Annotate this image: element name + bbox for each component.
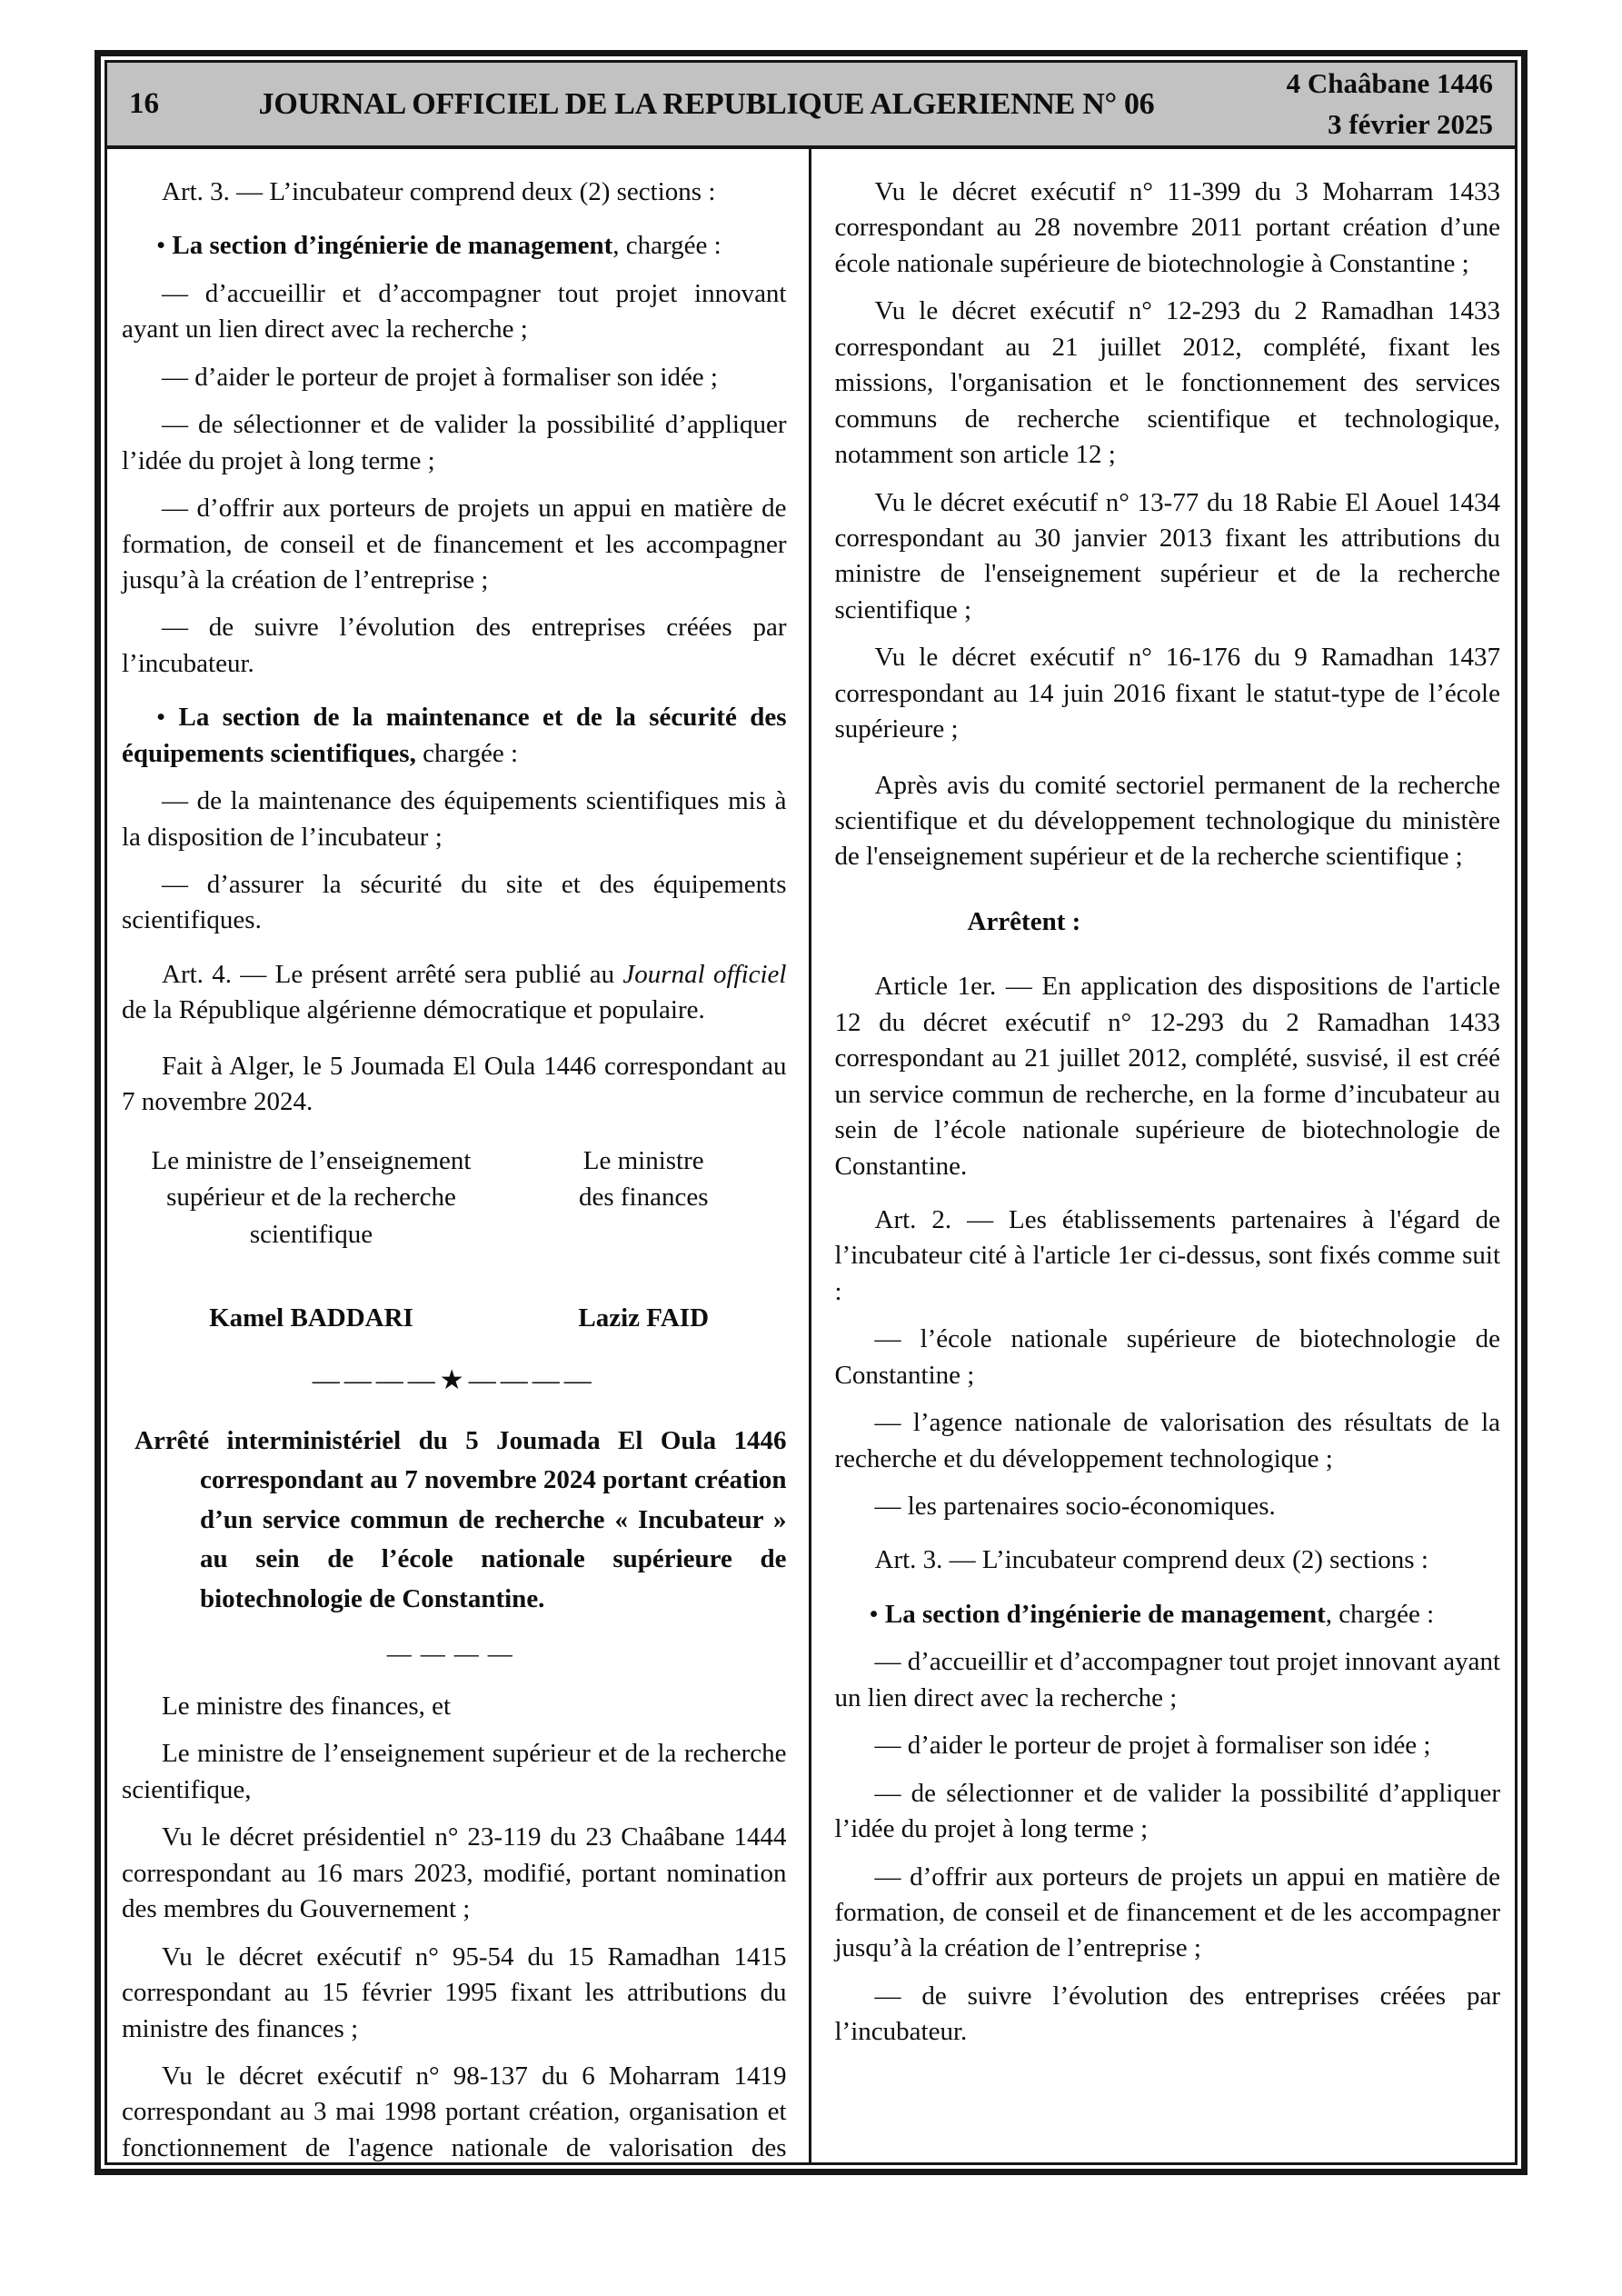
text-run: — de suivre l’évolution des entreprises … <box>122 613 787 677</box>
text-run: • <box>870 1600 885 1629</box>
paragraph: Vu le décret exécutif n° 95-54 du 15 Ram… <box>122 1940 787 2047</box>
signature-role-right: Le ministredes finances <box>501 1143 787 1253</box>
signature-role-left: Le ministre de l’enseignementsupérieur e… <box>122 1143 501 1253</box>
signature-line: scientifique <box>122 1216 501 1253</box>
journal-title: JOURNAL OFFICIEL DE LA REPUBLIQUE ALGERI… <box>211 87 1202 122</box>
paragraph: Vu le décret exécutif n° 12-293 du 2 Ram… <box>835 294 1501 473</box>
text-run: ———— <box>387 1640 522 1667</box>
text-run: — d’offrir aux porteurs de projets un ap… <box>835 1862 1501 1963</box>
list-item: — de sélectionner et de valider la possi… <box>122 407 787 479</box>
date-gregorian: 3 février 2025 <box>1202 105 1493 145</box>
list-item: — d’offrir aux porteurs de projets un ap… <box>835 1860 1501 1967</box>
article-paragraph: Art. 3. — L’incubateur comprend deux (2)… <box>835 1542 1501 1578</box>
text-run: — d’accueillir et d’accompagner tout pro… <box>122 279 787 344</box>
text-run: — d’aider le porteur de projet à formali… <box>875 1731 1431 1760</box>
article-paragraph: Art. 2. — Les établissements partenaires… <box>835 1203 1501 1310</box>
text-run: Art. 2. — Les établissements partenaires… <box>835 1205 1501 1306</box>
signature-block: Le ministre de l’enseignementsupérieur e… <box>122 1143 787 1253</box>
list-item: — d’accueillir et d’accompagner tout pro… <box>122 276 787 348</box>
text-run: — l’école nationale supérieure de biotec… <box>835 1324 1501 1389</box>
paragraph: Vu le décret exécutif n° 11-399 du 3 Moh… <box>835 175 1501 282</box>
journal-page: { "header": { "page_number": "16", "titl… <box>0 0 1622 2296</box>
text-run: Après avis du comité sectoriel permanent… <box>835 771 1501 872</box>
paragraph: Art. 3. — L’incubateur comprend deux (2)… <box>122 175 787 210</box>
paragraph: Vu le décret exécutif n° 98-137 du 6 Moh… <box>122 2059 787 2162</box>
text-run: La section d’ingénierie de management <box>172 231 612 260</box>
page-frame: 16 JOURNAL OFFICIEL DE LA REPUBLIQUE ALG… <box>95 50 1527 2175</box>
text-run: de la République algérienne démocratique… <box>122 995 705 1024</box>
paragraph: Vu le décret présidentiel n° 23-119 du 2… <box>122 1820 787 1927</box>
list-item: — les partenaires socio-économiques. <box>835 1489 1501 1524</box>
right-column: Vu le décret exécutif n° 11-399 du 3 Moh… <box>811 149 1516 2162</box>
text-run: • <box>156 231 172 260</box>
paragraph: Le ministre des finances, et <box>122 1689 787 1724</box>
paragraph: Fait à Alger, le 5 Joumada El Oula 1446 … <box>122 1049 787 1121</box>
arretent-heading: Arrêtent : <box>968 904 1501 940</box>
date-hijri: 4 Chaâbane 1446 <box>1202 64 1493 104</box>
section-bullet: • La section d’ingénierie de management,… <box>122 228 787 264</box>
text-run: , chargée : <box>612 231 721 260</box>
text-run: Vu le décret exécutif n° 16-176 du 9 Ram… <box>835 643 1501 744</box>
text-run: — d’aider le porteur de projet à formali… <box>162 363 718 392</box>
list-item: — de suivre l’évolution des entreprises … <box>122 610 787 682</box>
signatory-names: Kamel BADDARILaziz FAID <box>122 1300 787 1337</box>
list-item: — d’accueillir et d’accompagner tout pro… <box>835 1644 1501 1716</box>
signature-line: des finances <box>501 1179 787 1216</box>
issue-dates: 4 Chaâbane 1446 3 février 2025 <box>1202 64 1493 144</box>
text-run: Vu le décret exécutif n° 11-399 du 3 Moh… <box>835 177 1501 278</box>
signature-line: supérieur et de la recherche <box>122 1179 501 1216</box>
text-run: Fait à Alger, le 5 Joumada El Oula 1446 … <box>122 1052 787 1116</box>
paragraph: Après avis du comité sectoriel permanent… <box>835 768 1501 875</box>
signature-line: Le ministre <box>501 1143 787 1180</box>
list-item: — de suivre l’évolution des entreprises … <box>835 1979 1501 2051</box>
signature-line: Le ministre de l’enseignement <box>122 1143 501 1180</box>
text-run: Vu le décret exécutif n° 98-137 du 6 Moh… <box>122 2061 787 2162</box>
text-run: Art. 3. — L’incubateur comprend deux (2)… <box>875 1545 1428 1574</box>
text-run: Arrêtent : <box>968 907 1081 936</box>
text-run: — de sélectionner et de valider la possi… <box>835 1779 1501 1843</box>
text-run: Vu le décret exécutif n° 95-54 du 15 Ram… <box>122 1942 787 2043</box>
header-band: 16 JOURNAL OFFICIEL DE LA REPUBLIQUE ALG… <box>107 63 1515 149</box>
list-item: — de sélectionner et de valider la possi… <box>835 1776 1501 1848</box>
text-columns: Art. 3. — L’incubateur comprend deux (2)… <box>107 149 1515 2162</box>
text-run: — de la maintenance des équipements scie… <box>122 786 787 851</box>
list-item: — d’aider le porteur de projet à formali… <box>122 360 787 395</box>
text-run: Le ministre de l’enseignement supérieur … <box>122 1739 787 1803</box>
list-item: — l’agence nationale de valorisation des… <box>835 1405 1501 1477</box>
text-run: — d’assurer la sécurité du site et des é… <box>122 870 787 934</box>
signature-line: Laziz FAID <box>501 1300 787 1337</box>
dash-separator: ———— <box>122 1637 787 1671</box>
text-run: Vu le décret exécutif n° 12-293 du 2 Ram… <box>835 296 1501 469</box>
star-separator: ————★———— <box>122 1363 787 1400</box>
list-item: — l’école nationale supérieure de biotec… <box>835 1322 1501 1393</box>
list-item: — d’assurer la sécurité du site et des é… <box>122 867 787 939</box>
text-run: Le ministre des finances, et <box>162 1692 451 1721</box>
text-run: chargée : <box>416 739 518 768</box>
page-number: 16 <box>129 87 211 121</box>
paragraph: Vu le décret exécutif n° 16-176 du 9 Ram… <box>835 640 1501 747</box>
signatory-name-left: Kamel BADDARI <box>122 1300 501 1337</box>
text-run: La section d’ingénierie de management <box>885 1600 1326 1629</box>
text-run: — les partenaires socio-économiques. <box>875 1492 1276 1521</box>
article-paragraph: Art. 4. — Le présent arrêté sera publié … <box>122 957 787 1029</box>
text-run: — de suivre l’évolution des entreprises … <box>835 1982 1501 2046</box>
signature-line: Kamel BADDARI <box>122 1300 501 1337</box>
paragraph: Le ministre de l’enseignement supérieur … <box>122 1736 787 1808</box>
paragraph: Article 1er. — En application des dispos… <box>835 969 1501 1184</box>
text-run: , chargée : <box>1326 1600 1434 1629</box>
paragraph: Vu le décret exécutif n° 13-77 du 18 Rab… <box>835 485 1501 629</box>
left-column: Art. 3. — L’incubateur comprend deux (2)… <box>107 149 811 2162</box>
list-item: — de la maintenance des équipements scie… <box>122 784 787 855</box>
text-run: Art. 3. — L’incubateur comprend deux (2)… <box>162 177 715 206</box>
decree-heading: Arrêté interministériel du 5 Joumada El … <box>122 1422 787 1620</box>
text-run: • <box>156 703 179 732</box>
text-run: Journal officiel <box>622 960 786 989</box>
text-run: — d’offrir aux porteurs de projets un ap… <box>122 494 787 594</box>
text-run: — de sélectionner et de valider la possi… <box>122 410 787 474</box>
text-run: ————★———— <box>313 1365 596 1395</box>
section-bullet: • La section de la maintenance et de la … <box>122 700 787 772</box>
text-run: Vu le décret exécutif n° 13-77 du 18 Rab… <box>835 488 1501 624</box>
section-bullet: • La section d’ingénierie de management,… <box>835 1597 1501 1632</box>
text-run: — l’agence nationale de valorisation des… <box>835 1408 1501 1472</box>
text-run: — d’accueillir et d’accompagner tout pro… <box>835 1647 1501 1712</box>
list-item: — d’offrir aux porteurs de projets un ap… <box>122 491 787 598</box>
text-run: Arrêté interministériel du 5 Joumada El … <box>134 1426 787 1613</box>
text-run: Article 1er. — En application des dispos… <box>835 972 1501 1180</box>
list-item: — d’aider le porteur de projet à formali… <box>835 1728 1501 1763</box>
text-run: Art. 4. — Le présent arrêté sera publié … <box>162 960 622 989</box>
text-run: Vu le décret présidentiel n° 23-119 du 2… <box>122 1822 787 1923</box>
inner-frame: 16 JOURNAL OFFICIEL DE LA REPUBLIQUE ALG… <box>104 60 1518 2165</box>
signatory-name-right: Laziz FAID <box>501 1300 787 1337</box>
